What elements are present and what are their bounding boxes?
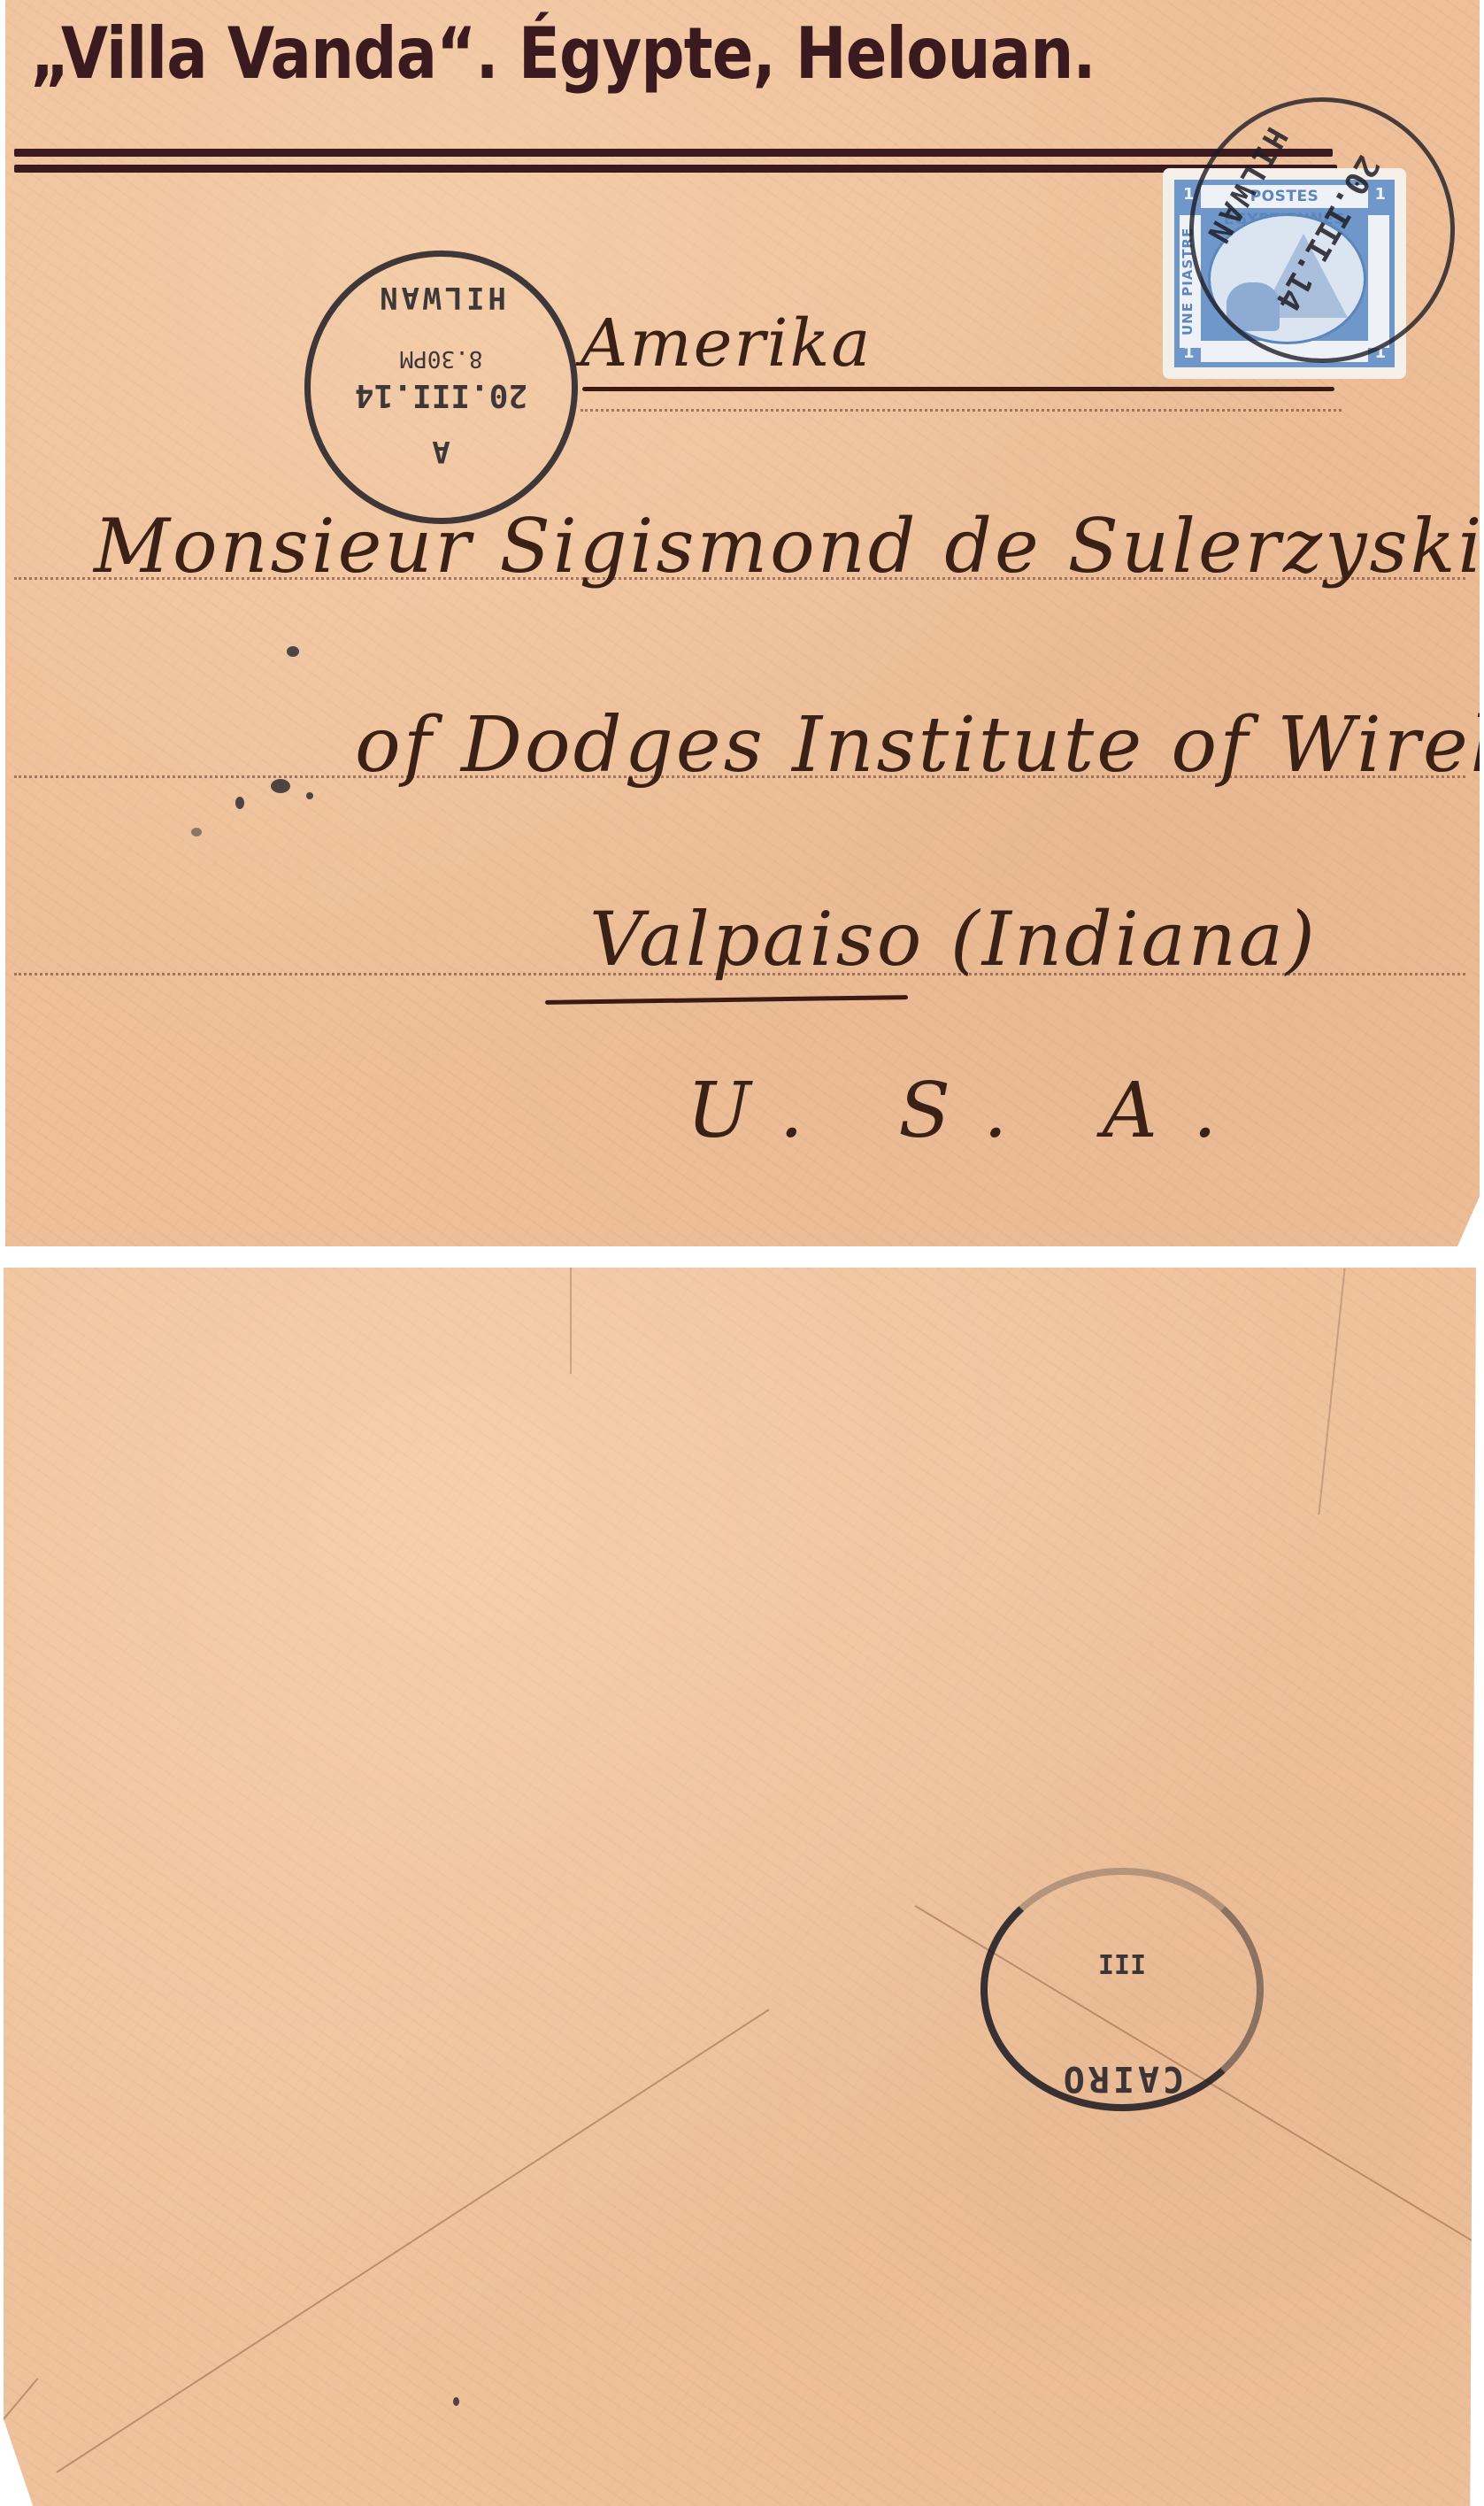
address-city: Valpaiso (Indiana) bbox=[589, 896, 1318, 983]
postmark-town: HILWAN bbox=[311, 280, 572, 315]
postmark-departure: A 20.III.14 8.30PM HILWAN bbox=[304, 251, 578, 524]
ink-smudge bbox=[235, 797, 244, 809]
letterhead-rule-bottom bbox=[14, 165, 1337, 173]
address-recipient: Monsieur Sigismond de Sulerzyski bbox=[94, 503, 1484, 590]
address-country: U. S. A. bbox=[687, 1067, 1252, 1155]
letterhead-rule-top bbox=[14, 149, 1333, 157]
flap-fold-corner bbox=[3, 2378, 38, 2419]
address-guide-line bbox=[581, 409, 1342, 412]
postmark-date: III bbox=[980, 1947, 1264, 1978]
ink-smudge bbox=[191, 828, 202, 837]
ink-smudge bbox=[306, 792, 313, 799]
postmark-arrival: CAIRO III bbox=[980, 1868, 1264, 2111]
address-institution: of Dodges Institute of Wireless bbox=[355, 701, 1484, 790]
postmark-town: CAIRO bbox=[980, 2058, 1264, 2099]
ink-smudge bbox=[287, 646, 299, 657]
envelope-back bbox=[4, 1268, 1476, 2506]
letterhead: „Villa Vanda“. Égypte, Helouan. bbox=[30, 12, 1096, 95]
paper-crease bbox=[1318, 1268, 1345, 1515]
routing-note: Amerika bbox=[581, 305, 872, 382]
postmark-date: 20.III.14 bbox=[311, 377, 572, 413]
stamp-value-corner: 1 bbox=[1183, 343, 1195, 362]
ink-dot bbox=[453, 2397, 459, 2406]
routing-note-underline bbox=[582, 387, 1334, 391]
postmark-code: A bbox=[311, 434, 572, 469]
postmark-time: 8.30PM bbox=[311, 345, 572, 372]
ink-smudge bbox=[271, 779, 290, 793]
address-city-underline bbox=[545, 995, 908, 1005]
paper-crease bbox=[570, 1268, 572, 1374]
flap-fold-left bbox=[56, 2009, 769, 2473]
envelope-front: „Villa Vanda“. Égypte, Helouan. Amerika … bbox=[5, 0, 1480, 1246]
